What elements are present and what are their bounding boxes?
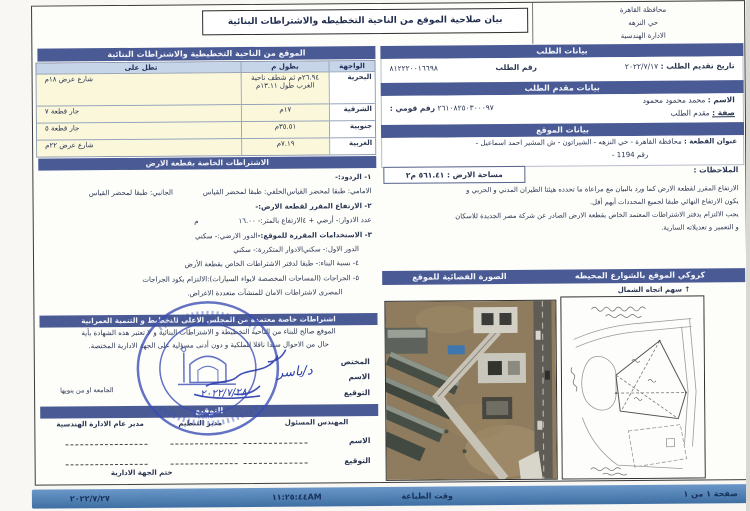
remarks-line: و التعمير و تعديلاته السارية. (388, 221, 739, 237)
applicant-block: الاسم : محمد محمود محمود صفة : مقدم الطل… (381, 93, 744, 126)
table-row: البحرية ٢٦.٩٤م ثم شطف ناحية الغرب طول ١٣… (37, 71, 375, 106)
row-side: الشرقية (329, 103, 375, 120)
height-meters: الارتفاع بالمتر:- ١٦.٠٠ (238, 214, 302, 229)
handwritten-date: ٢٠٢٢/٧/٢٨ (200, 386, 247, 400)
applicant-role-label: صفة : (712, 108, 735, 117)
applicant-national-id-value: ٢٦١٠٨٢٥٠٣٠٠٠٩٧ (437, 103, 493, 112)
signature-line (171, 453, 238, 465)
land-area-label: مساحة الارض : (447, 170, 503, 179)
role-responsible-engineer: المهندس المسئول (285, 418, 349, 426)
row-length: ١٧م (241, 103, 329, 121)
site-sketch (560, 295, 705, 479)
signature-line (66, 454, 148, 466)
print-date-value: ٢٠٢٢/٧/٢٧ (70, 489, 110, 508)
applicant-name-value: محمد محمود محمود (643, 95, 706, 104)
setback-front: الامامي: طبقا لمحضر القياس (287, 184, 372, 199)
applicant-role: صفة : مقدم الطلب (670, 108, 734, 118)
authority-stamp-label: ختم الجهة الادارية (91, 468, 193, 477)
row-overlooks: شارع عرض ٢٢م (37, 138, 241, 157)
letterhead: محافظة القاهرة حي النزهه الادارة الهندسي… (548, 3, 738, 43)
site-address-label: عنوان القطعة : (684, 137, 737, 145)
conditions-section-header: الاشتراطات الخاصة بقطعة الارض (38, 156, 376, 171)
north-arrow: ↑ سهم اتجاه الشمال (618, 286, 691, 295)
conditions-list: ١- الردود:- الامامي: طبقا لمحضر القياس ا… (38, 170, 377, 302)
row-length: ٧.١٩م (241, 137, 329, 155)
row-length: ٣٥.٥١م (241, 120, 329, 138)
name-line (170, 433, 237, 445)
setback-back: الخلفي: طبقا لمحضر القياس (203, 185, 287, 200)
land-area-box: مساحة الارض : ٥٦١.٤١ م٢ (383, 166, 525, 184)
build-ratio: ٤- نسبة البناء:- طبقا لدفتر الاشتراطات ا… (184, 257, 359, 273)
satellite-photo-graphic (385, 301, 556, 480)
scan-edge (746, 0, 750, 511)
letterhead-department: الادارة الهندسية (548, 29, 738, 43)
row-side: الغربية (329, 137, 375, 154)
height-title: ٢- الارتفاع المقرر لقطعة الارض:- (255, 199, 371, 214)
row-overlooks: جار قطعة ٥ (37, 121, 241, 140)
frontage-table: الواجهة بطول م تطل على البحرية ٢٦.٩٤م ثم… (35, 60, 376, 158)
use-first: الدور الاول:- سكني (303, 242, 359, 257)
row-overlooks: جار قطعة ٧ (37, 104, 241, 123)
signatures-name-label: الاسم (349, 436, 370, 445)
document-title: بيان صلاحية الموقع من الناحية التخطيطه و… (202, 8, 528, 36)
site-address-line1: عنوان القطعة : محافظة القاهرة - حي النزه… (476, 137, 738, 147)
approval-line2: حال من الاحوال سندا ناقلا للملكية و دون … (40, 340, 378, 351)
garages-line2: المصرى لاشتراطات الامان للمنشآت متعددة ا… (187, 286, 342, 302)
request-date-value: ٢٠٢٢/٧/١٧ (625, 62, 658, 71)
print-time-label: وقت الطباعة (401, 486, 453, 505)
planning-column: الموقع من الناحية التخطيطية والاشتراطات … (37, 46, 375, 49)
document-frame: محافظة القاهرة حي النزهه الادارة الهندسي… (31, 0, 749, 486)
satellite-photo (384, 300, 557, 481)
applicant-name: الاسم : محمد محمود محمود (643, 95, 735, 105)
print-footer-bar: صفحة ١ من ١ وقت الطباعة ١١:٢٥:٤٤AM ٢٠٢٢/… (32, 484, 748, 509)
request-number-label: رقم الطلب (495, 63, 536, 72)
print-time-value: ١١:٢٥:٤٤AM (272, 487, 322, 506)
remarks-label: الملاحظات : (694, 165, 739, 174)
request-date-label: تاريخ تقديم الطلب : (661, 61, 735, 71)
site-sketch-graphic (561, 296, 704, 478)
approval-section-header: اشتراطات خاصة معتمدة من المجلس الاعلى لل… (39, 313, 377, 328)
row-side: جنوبية (329, 120, 375, 137)
officer-name-label: الاسم (348, 372, 369, 381)
site-address-value: محافظة القاهرة - حي النزهه - الشيراتون -… (476, 138, 682, 148)
applicant-role-value: مقدم الطلب (670, 108, 709, 117)
table-row: الغربية ٧.١٩م شارع عرض ٢٢م (37, 137, 375, 157)
request-date: تاريخ تقديم الطلب : ٢٠٢٢/٧/١٧ (625, 61, 735, 71)
row-length: ٢٦.٩٤م ثم شطف ناحية الغرب طول ١٣.١١م (241, 71, 329, 104)
stamp-text-fragment: الجامعة او من ينويها (60, 386, 114, 394)
signatures-sign-label: التوقيع (344, 456, 370, 465)
floors-value: عدد الادوار:- أرضي + ٤ (302, 213, 371, 228)
planning-section-header: الموقع من الناحية التخطيطية والاشتراطات … (37, 46, 375, 62)
request-number-value: ٨١٢٢٢٠٠١٦٦٩٨ (389, 64, 437, 73)
officer-label: المختص (341, 357, 370, 366)
setbacks-title: ١- الردود:- (335, 170, 371, 185)
setback-side: الجانبي: طبقا لمحضر القياس (89, 186, 173, 201)
col-length: بطول م (240, 61, 328, 72)
row-overlooks: شارع عرض ١٨م (37, 72, 241, 106)
row-side: البحرية (329, 71, 375, 103)
photo-header: الصورة الفضائية للموقع (412, 270, 507, 285)
scanned-document: محافظة القاهرة حي النزهه الادارة الهندسي… (0, 0, 750, 511)
officer-signature-label: التوقيع (344, 388, 370, 397)
page-indicator: صفحة ١ من ١ (683, 484, 738, 503)
signature-line (244, 453, 308, 465)
uses-title: ٣- الاستخدامات المقررة للموقع:- (258, 228, 372, 243)
applicant-national-id-label: رقم قومي : (390, 104, 435, 113)
north-arrow-icon: ↑ (684, 286, 690, 294)
site-address-block: عنوان القطعة : محافظة القاهرة - حي النزه… (381, 135, 744, 168)
col-side: الواجهة (328, 61, 374, 71)
document-paper: محافظة القاهرة حي النزهه الادارة الهندسي… (0, 0, 750, 511)
approval-line1: الموقع صالح للبناء من الناحية التخطيطة و… (40, 327, 378, 338)
applicant-name-label: الاسم : (708, 95, 735, 104)
header-divider-line (532, 3, 533, 44)
remarks-text: الارتفاع المقرر لقطعة الارض كما ورد بالب… (387, 182, 738, 237)
role-general-director: مدير عام الادارة الهندسية (56, 420, 144, 429)
north-arrow-label: سهم اتجاه الشمال (618, 286, 682, 295)
role-planning-manager: مدير التنظيم (178, 419, 222, 427)
handwritten-name: د/ياسر (277, 363, 314, 381)
use-typical: الادوار المتكررة:- سكني (233, 243, 303, 258)
sketch-header: كروكي الموقع بالشوارع المحيطه (575, 268, 705, 283)
height-unit: م (194, 215, 198, 229)
maps-section-header: كروكي الموقع بالشوارع المحيطه الصورة الف… (382, 268, 745, 285)
use-ground: الدور الارضي:- سكني (195, 229, 258, 244)
applicant-national-id: ٢٦١٠٨٢٥٠٣٠٠٠٩٧ رقم قومي : (390, 103, 494, 113)
land-area-value: ٥٦١.٤١ م٢ (406, 170, 445, 179)
site-address-line2: رقم 1194 - (612, 151, 648, 159)
name-line (243, 433, 307, 445)
signatures-section-header: التوقيع (40, 404, 378, 419)
name-line (65, 434, 147, 446)
